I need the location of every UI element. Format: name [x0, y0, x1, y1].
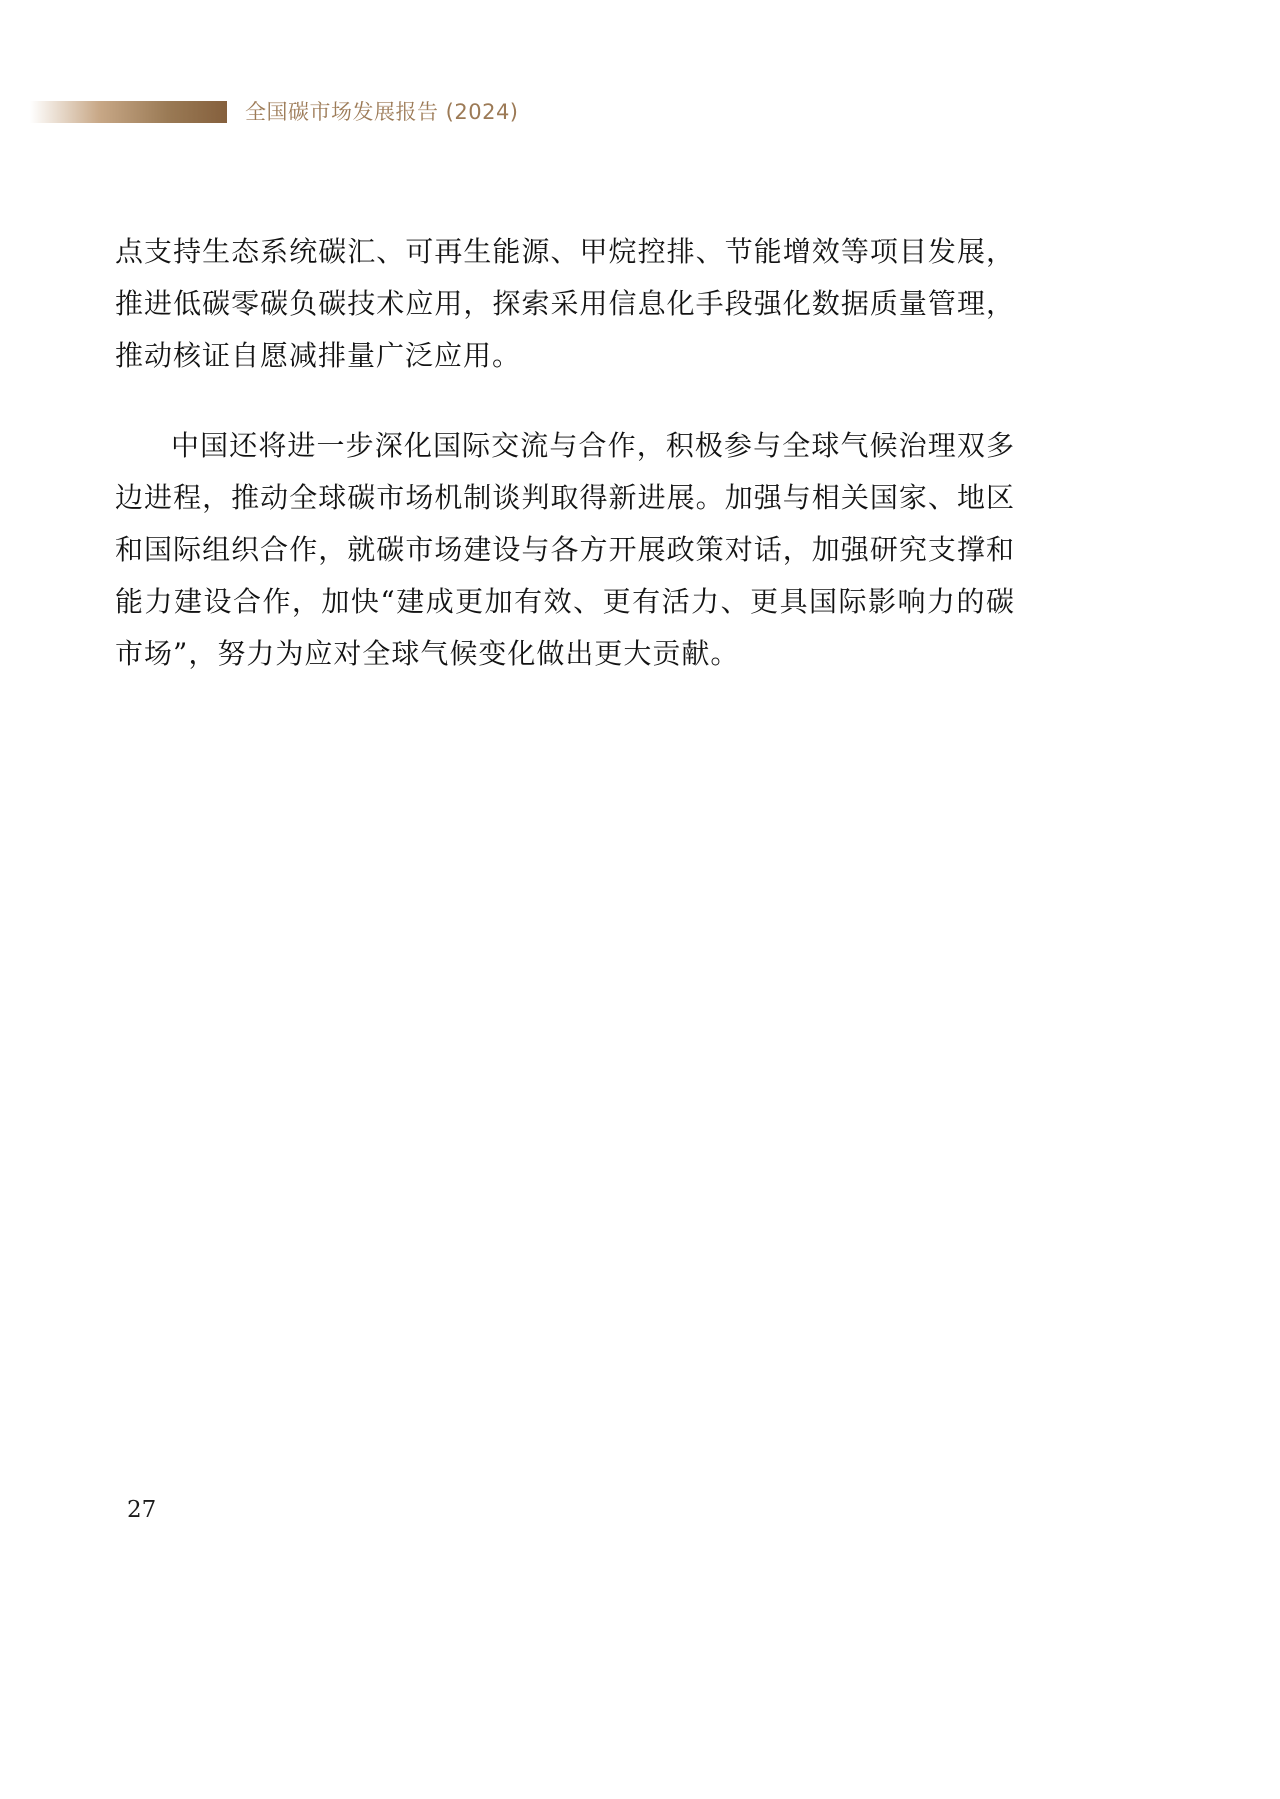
document-body: 点支持生态系统碳汇、可再生能源、甲烷控排、节能增效等项目发展，推进低碳零碳负碳技… — [115, 226, 1015, 680]
paragraph-international-cooperation: 中国还将进一步深化国际交流与合作，积极参与全球气候治理双多边进程，推动全球碳市场… — [115, 420, 1015, 680]
document-page: 全国碳市场发展报告 (2024) 点支持生态系统碳汇、可再生能源、甲烷控排、节能… — [0, 0, 1280, 1799]
report-title: 全国碳市场发展报告 (2024) — [245, 100, 519, 124]
paragraph-continuation: 点支持生态系统碳汇、可再生能源、甲烷控排、节能增效等项目发展，推进低碳零碳负碳技… — [115, 226, 1015, 382]
page-number: 27 — [127, 1496, 156, 1524]
header-accent-bar — [30, 101, 227, 123]
page-header: 全国碳市场发展报告 (2024) — [30, 100, 519, 124]
